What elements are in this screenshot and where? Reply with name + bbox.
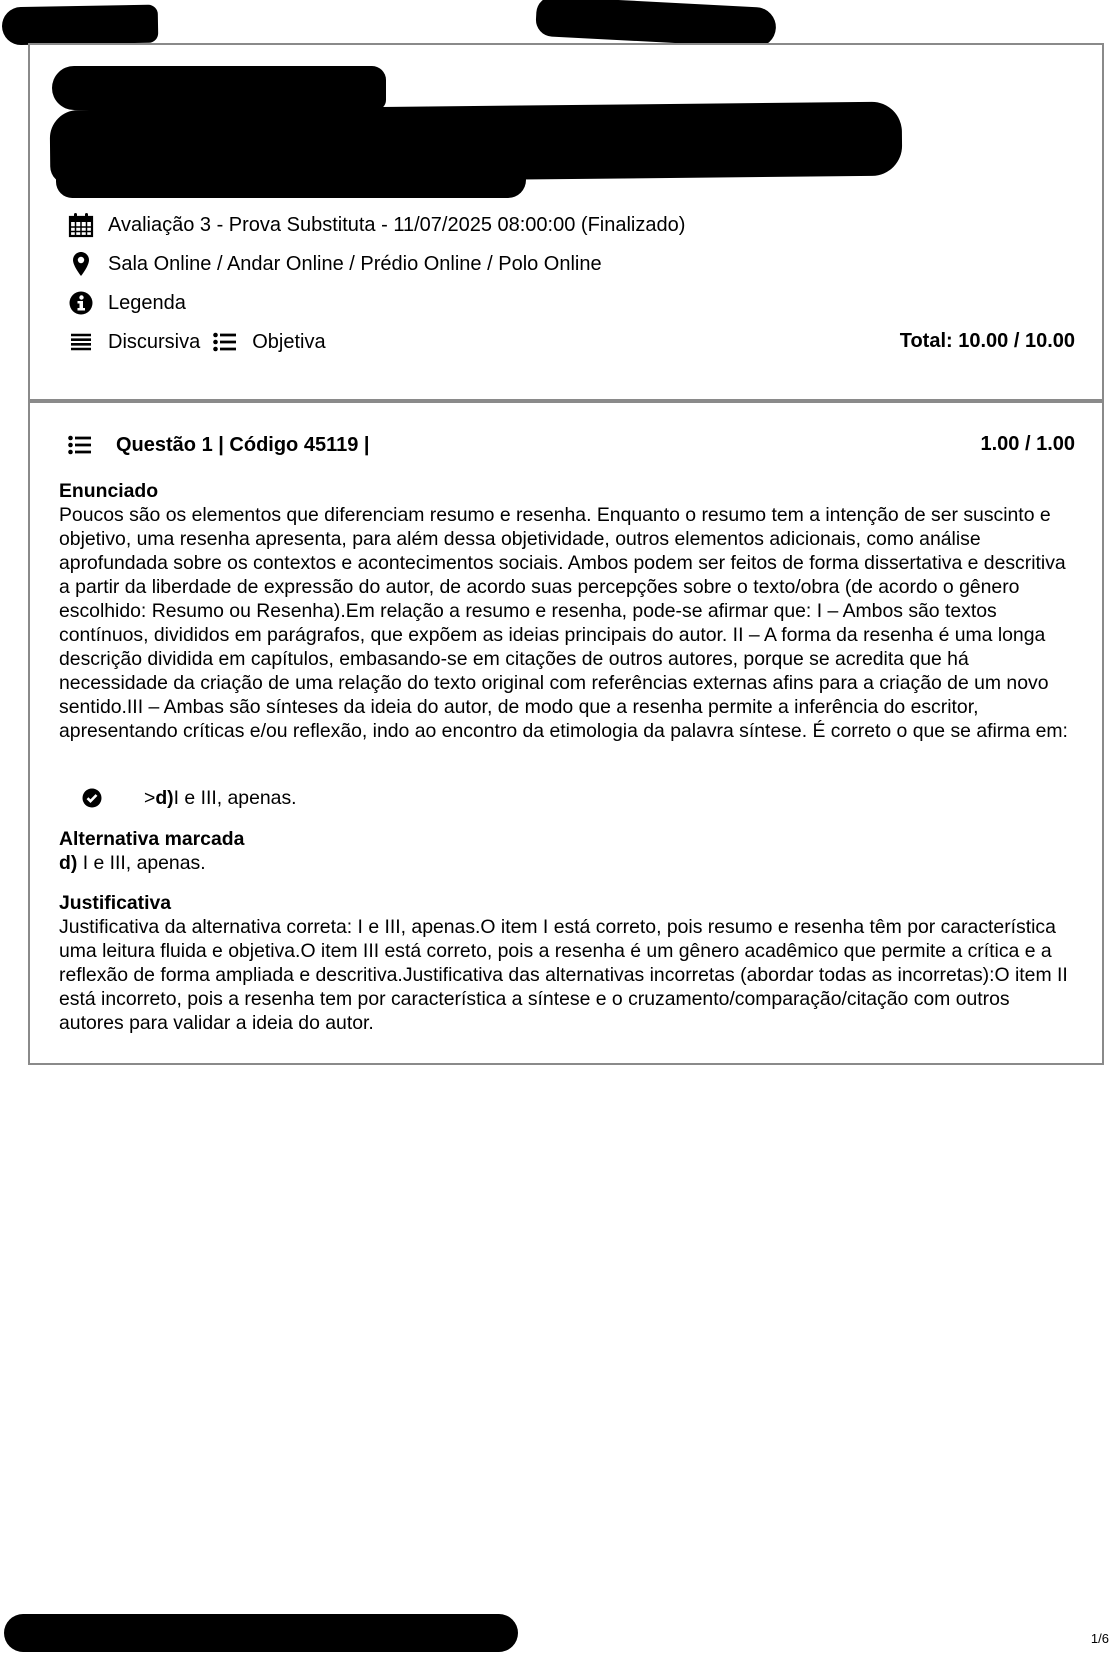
location-row: Sala Online / Andar Online / Prédio Onli…: [68, 251, 602, 277]
question-score: 1.00 / 1.00: [980, 432, 1075, 456]
list-icon: [68, 433, 94, 457]
option-text: I e III, apenas.: [174, 786, 297, 810]
redacted-block: [2, 5, 159, 46]
statement-section: Enunciado Poucos são os elementos que di…: [59, 479, 1069, 743]
justification-section: Justificativa Justificativa da alternati…: [59, 891, 1069, 1035]
redacted-block: [56, 162, 526, 198]
exam-title: Avaliação 3 - Prova Substituta - 11/07/2…: [108, 213, 685, 237]
justification-label: Justificativa: [59, 891, 1069, 915]
question-header: Questão 1 | Código 45119 |: [68, 433, 370, 457]
redacted-block: [52, 66, 386, 110]
question-type-legend: Discursiva Objetiva: [68, 329, 326, 355]
legend-row: Legenda: [68, 290, 186, 316]
objective-label: Objetiva: [252, 330, 325, 354]
marked-text: I e III, apenas.: [77, 852, 205, 874]
correct-option: >d)I e III, apenas.: [82, 786, 297, 810]
check-circle-icon: [82, 788, 102, 808]
option-prefix: >: [144, 786, 155, 810]
justification-text: Justificativa da alternativa correta: I …: [59, 915, 1069, 1035]
list-icon: [212, 329, 238, 355]
statement-label: Enunciado: [59, 479, 1069, 503]
exam-title-row: Avaliação 3 - Prova Substituta - 11/07/2…: [68, 212, 685, 238]
redacted-block: [4, 1614, 518, 1652]
statement-text: Poucos são os elementos que diferenciam …: [59, 503, 1069, 743]
discursive-label: Discursiva: [108, 330, 200, 354]
option-letter: d): [155, 786, 173, 810]
page-number: 1/6: [1091, 1631, 1109, 1646]
marked-label: Alternativa marcada: [59, 827, 1069, 851]
marked-letter: d): [59, 852, 77, 874]
redacted-block: [535, 0, 777, 48]
align-justify-icon: [68, 329, 94, 355]
location-text: Sala Online / Andar Online / Prédio Onli…: [108, 252, 602, 276]
map-marker-icon: [68, 251, 94, 277]
info-circle-icon: [68, 290, 94, 316]
marked-answer-section: Alternativa marcada d) I e III, apenas.: [59, 827, 1069, 875]
total-score: Total: 10.00 / 10.00: [900, 329, 1075, 353]
question-title: Questão 1 | Código 45119 |: [116, 433, 370, 457]
legend-label: Legenda: [108, 291, 186, 315]
calendar-icon: [68, 212, 94, 238]
